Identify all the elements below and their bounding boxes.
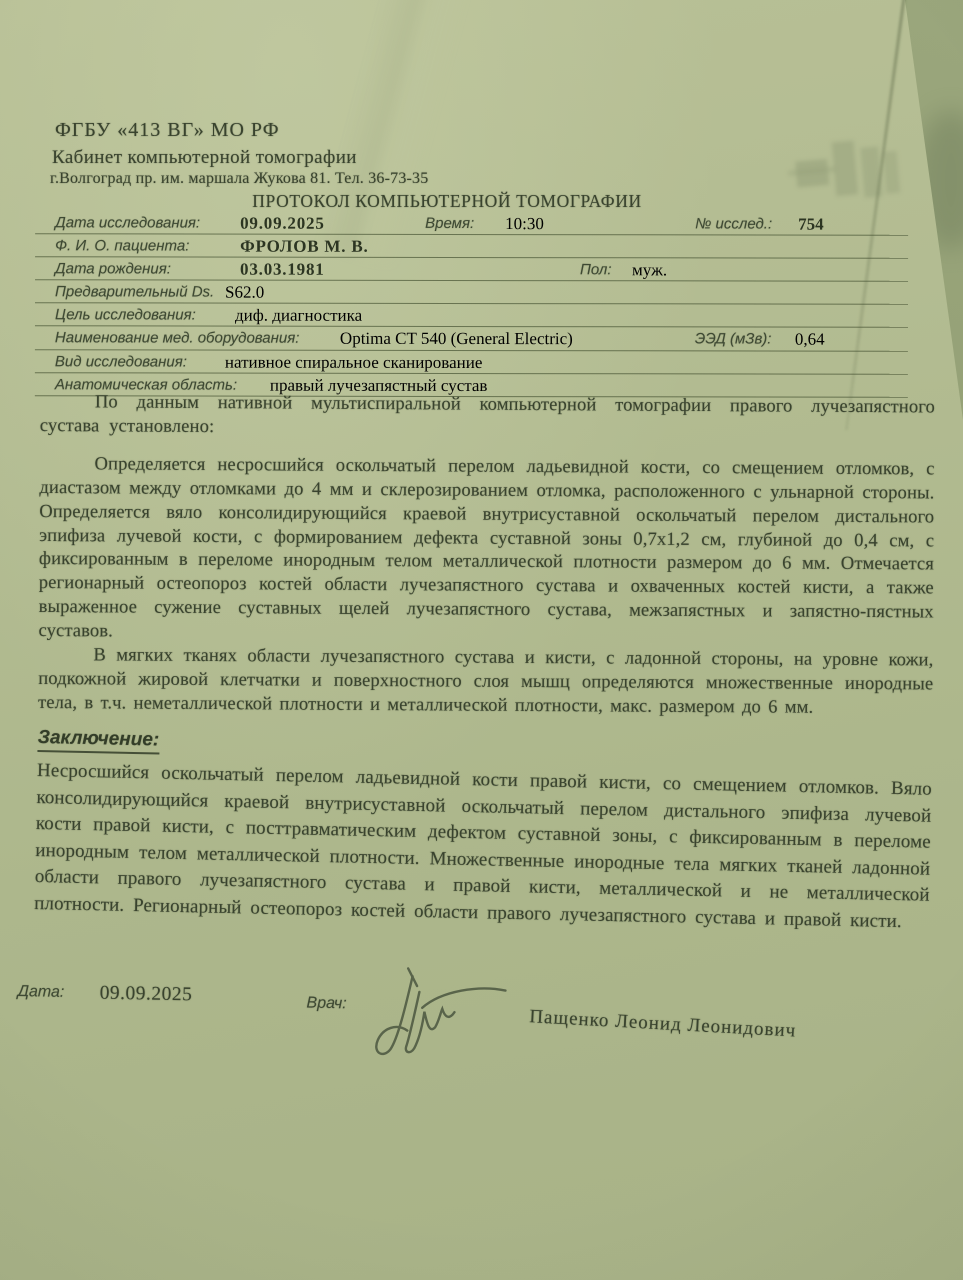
field-label: Цель исследования: [55, 307, 196, 324]
field-label: Ф. И. О. пациента: [55, 237, 189, 254]
field-label: Наименование мед. оборудования: [55, 330, 300, 347]
field-row-study-date: Дата исследования: 09.09.2025 Время: 10:… [35, 211, 908, 236]
field-value: нативное спиральное сканирование [225, 352, 483, 372]
field-label: Предварительный Ds. [55, 284, 214, 301]
field-value: муж. [632, 260, 667, 280]
report-body: По данным нативной мультиспиральной комп… [37, 390, 935, 923]
form-fields: Дата исследования: 09.09.2025 Время: 10:… [35, 211, 908, 397]
field-row-study-type: Вид исследования: нативное спиральное ск… [35, 350, 908, 375]
field-value: ФРОЛОВ М. В. [240, 237, 369, 257]
signature-scribble [360, 957, 515, 1064]
doctor-name: Пащенко Леонид Леонидович [529, 1006, 797, 1042]
conclusion-heading: Заключение: [37, 727, 159, 755]
field-label: Вид исследования: [55, 353, 187, 370]
date-value: 09.09.2025 [99, 983, 192, 1007]
organization-name: ФГБУ «413 ВГ» МО РФ [55, 119, 280, 142]
field-value: 09.09.2025 [240, 214, 325, 234]
photo-of-document: ФГБУ «413 ВГ» МО РФ Кабинет компьютерной… [0, 0, 963, 1280]
findings-paragraph-2: В мягких тканях области лучезапястного с… [38, 643, 933, 720]
field-label: Пол: [580, 261, 612, 278]
conclusion-text: Несросшийся оскольчатый перелом ладьевид… [34, 758, 932, 936]
field-label: Время: [425, 215, 474, 232]
conclusion-section: Заключение: Несросшийся оскольчатый пере… [34, 727, 933, 936]
field-label: ЭЭД (мЗв): [695, 331, 772, 348]
field-label: Дата исследования: [55, 214, 200, 231]
signature-block: Дата: 09.09.2025 Врач: Пащенко Леонид Ле… [16, 975, 948, 1083]
field-value: S62.0 [225, 283, 264, 303]
field-value: 754 [798, 215, 824, 235]
document-title: ПРОТОКОЛ КОМПЬЮТЕРНОЙ ТОМОГРАФИИ [0, 191, 894, 212]
field-row-equipment: Наименование мед. оборудования: Optima C… [35, 327, 908, 352]
field-row-patient-name: Ф. И. О. пациента: ФРОЛОВ М. В. [35, 234, 908, 259]
doctor-label: Врач: [306, 995, 346, 1014]
date-label: Дата: [18, 983, 65, 1002]
field-value: 03.03.1981 [240, 260, 325, 280]
field-value: 0,64 [795, 330, 825, 350]
field-label: № исслед.: [695, 215, 772, 232]
department-name: Кабинет компьютерной томографии [52, 147, 357, 169]
findings-paragraph-1: Определяется несросшийся оскольчатый пер… [38, 452, 934, 649]
field-row-study-purpose: Цель исследования: диф. диагностика [35, 304, 908, 329]
address-line: г.Волгоград пр. им. маршала Жукова 81. Т… [50, 170, 428, 188]
field-row-preliminary-ds: Предварительный Ds. S62.0 [35, 281, 908, 306]
field-value: диф. диагностика [235, 306, 362, 326]
field-value: Optima CT 540 (General Electric) [340, 329, 573, 349]
field-value: 10:30 [505, 214, 544, 234]
field-label: Дата рождения: [55, 260, 171, 277]
intro-paragraph: По данным нативной мультиспиральной комп… [40, 390, 935, 443]
field-row-birth-date: Дата рождения: 03.03.1981 Пол: муж. [35, 257, 908, 282]
